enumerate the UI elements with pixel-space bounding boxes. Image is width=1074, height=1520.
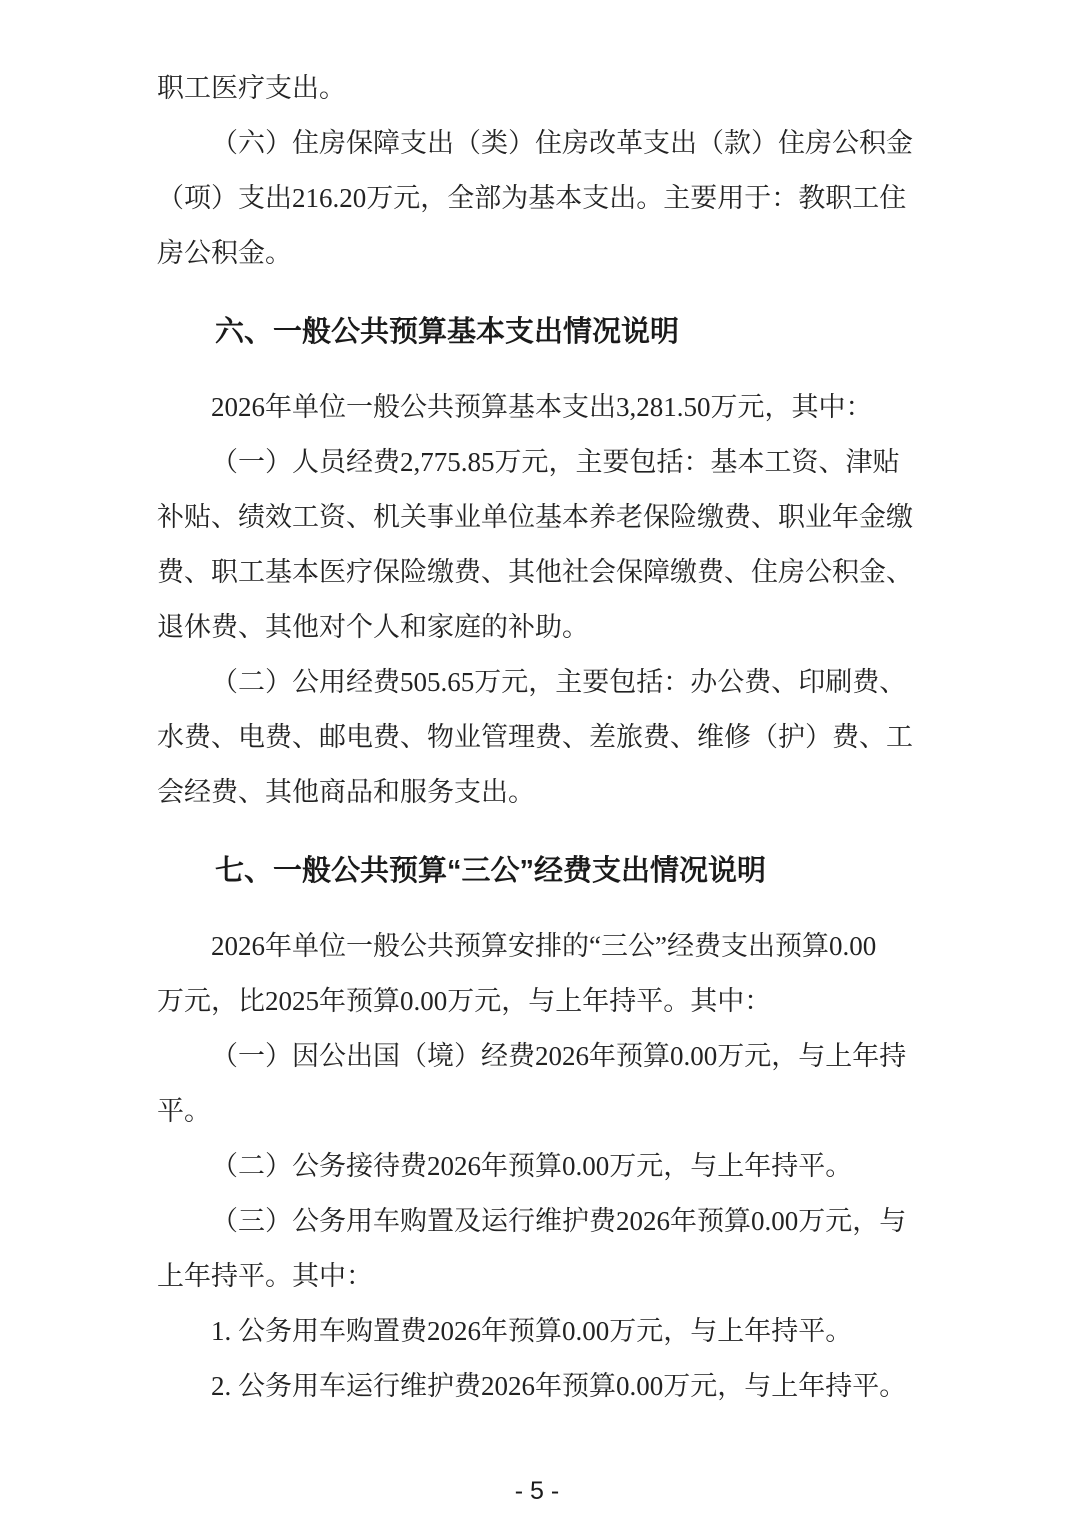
paragraph-vehicle-purchase-expense: 1. 公务用车购置费2026年预算0.00万元，与上年持平。 — [157, 1304, 947, 1359]
document-page: 职工医疗支出。 （六）住房保障支出（类）住房改革支出（款）住房公积金 （项）支出… — [0, 0, 1074, 1520]
paragraph-public-funds: （二）公用经费505.65万元，主要包括：办公费、印刷费、 水费、电费、邮电费、… — [157, 655, 947, 820]
section-heading-three-public-expense: 七、一般公共预算“三公”经费支出情况说明 — [157, 844, 947, 899]
paragraph-overseas-trips-expense: （一）因公出国（境）经费2026年预算0.00万元，与上年持 平。 — [157, 1029, 947, 1139]
paragraph-official-reception-expense: （二）公务接待费2026年预算0.00万元，与上年持平。 — [157, 1139, 947, 1194]
paragraph-continuation-medical-expense: 职工医疗支出。 — [157, 61, 947, 116]
page-number: - 5 - — [0, 1477, 1074, 1506]
paragraph-vehicle-operation-expense: 2. 公务用车运行维护费2026年预算0.00万元，与上年持平。 — [157, 1359, 947, 1414]
paragraph-official-vehicle-expense: （三）公务用车购置及运行维护费2026年预算0.00万元，与 上年持平。其中： — [157, 1194, 947, 1304]
paragraph-basic-expense-total: 2026年单位一般公共预算基本支出3,281.50万元，其中： — [157, 380, 947, 435]
section-heading-basic-expense: 六、一般公共预算基本支出情况说明 — [157, 305, 947, 360]
paragraph-three-public-total: 2026年单位一般公共预算安排的“三公”经费支出预算0.00 万元，比2025年… — [157, 919, 947, 1029]
paragraph-personnel-funds: （一）人员经费2,775.85万元，主要包括：基本工资、津贴 补贴、绩效工资、机… — [157, 435, 947, 655]
paragraph-housing-security-expense: （六）住房保障支出（类）住房改革支出（款）住房公积金 （项）支出216.20万元… — [157, 116, 947, 281]
